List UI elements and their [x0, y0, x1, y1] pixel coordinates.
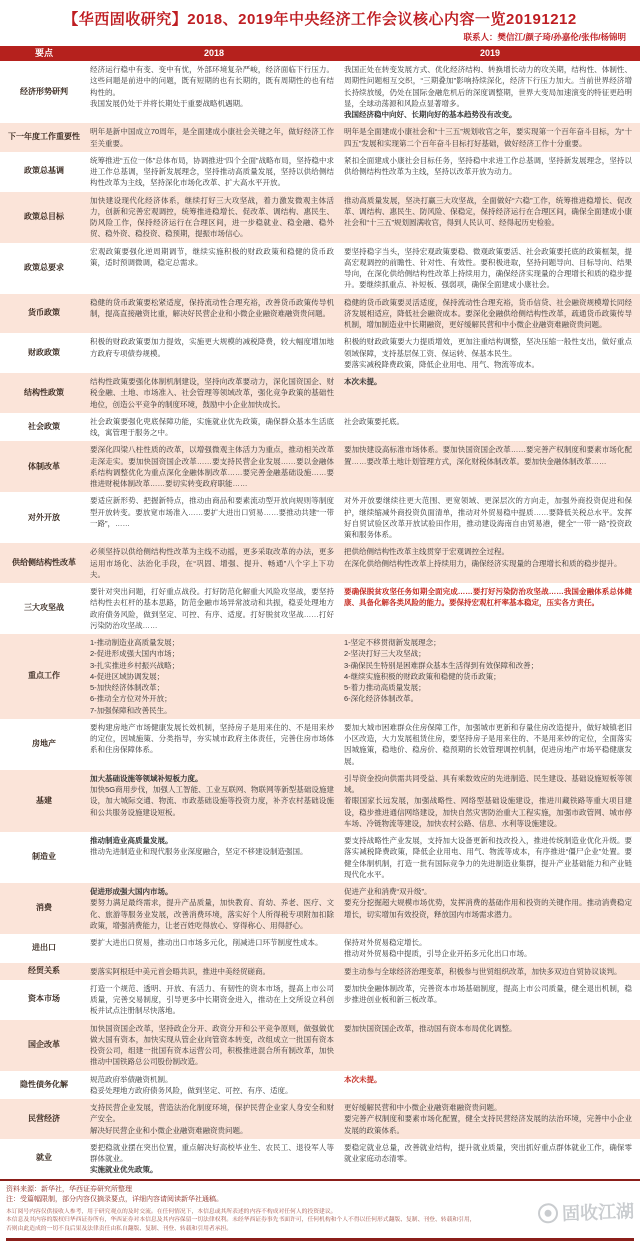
cell-paragraph: 稳妥处理地方政府债务风险，做到坚定、可控、有序、适度。 — [90, 1085, 334, 1096]
table-header-label: 要点 — [0, 46, 88, 61]
cell-c2019: 社会政策要托底。 — [340, 413, 640, 442]
cell-c2018: 1-推动制造业高质量发展；2-促进形成强大国内市场；3-扎实推进乡村振兴战略；4… — [88, 634, 340, 719]
table-body: 经济形势研判经济运行稳中有变、变中有忧，外部环境复杂严峻，经济面临下行压力。这些… — [0, 61, 640, 1181]
cell-paragraph: 结构性政策要强化体制机制建设，坚持向改革要动力，深化国资国企、财税金融、土地、市… — [90, 376, 334, 410]
table-row: 社会政策社会政策要强化兜底保障功能，实施就业优先政策，确保群众基本生活底线，寓管… — [0, 413, 640, 442]
cell-c2018: 稳健的货币政策要松紧适度，保持流动性合理充裕，改善货币政策传导机制，提高直接融资… — [88, 294, 340, 334]
cell-c2018: 社会政策要强化兜底保障功能，实施就业优先政策，确保群众基本生活底线，寓管理于服务… — [88, 413, 340, 442]
page-title: 【华西固收研究】2018、2019年中央经济工作会议核心内容一览20191212 — [0, 0, 640, 31]
cell-c2018: 宏观政策要强化逆周期调节，继续实施积极的财政政策和稳健的货币政策，适时预调微调，… — [88, 243, 340, 294]
cell-paragraph: 7-加强保障和改善民生。 — [90, 705, 334, 716]
cell-paragraph: 稳健的货币政策要松紧适度，保持流动性合理充裕，改善货币政策传导机制，提高直接融资… — [90, 297, 334, 320]
cell-paragraph: 更好缓解民营和中小微企业融资难融资贵问题。 — [344, 1102, 632, 1113]
row-label: 隐性债务化解 — [0, 1071, 88, 1100]
cell-paragraph: 统筹推进“五位一体”总体布局，协调推进“四个全面”战略布局，坚持稳中求进工作总基… — [90, 155, 334, 189]
cell-paragraph: 把供给侧结构性改革主线贯穿于宏观调控全过程。 — [344, 546, 632, 557]
cell-paragraph: 1-推动制造业高质量发展； — [90, 637, 334, 648]
cell-paragraph: 规范政府举债融资机制。 — [90, 1074, 334, 1085]
row-label: 政策总目标 — [0, 192, 88, 243]
row-label: 体制改革 — [0, 441, 88, 492]
cell-c2018: 必须坚持以供给侧结构性改革为主线不动摇，更多采取改革的办法，更多运用市场化、法治… — [88, 543, 340, 583]
cell-paragraph: 要扩大进出口贸易，推动出口市场多元化，削减进口环节制度性成本。 — [90, 937, 334, 948]
bottom-divider — [6, 1238, 634, 1241]
cell-paragraph: 加快建设现代化经济体系，继续打好三大攻坚战，着力激发微观主体活力，创新和完善宏观… — [90, 195, 334, 240]
cell-paragraph: 社会政策要托底。 — [344, 416, 632, 427]
cell-paragraph: 社会政策要强化兜底保障功能，实施就业优先政策，确保群众基本生活底线，寓管理于服务… — [90, 416, 334, 439]
table-row: 就业要把稳就业摆在突出位置，重点解决好高校毕业生、农民工、退役军人等群体就业。实… — [0, 1139, 640, 1179]
cell-paragraph: 着眼国家长远发展，加强战略性、网络型基础设施建设，推进川藏铁路等重大项目建设，稳… — [344, 795, 632, 829]
table-row: 重点工作1-推动制造业高质量发展；2-促进形成强大国内市场；3-扎实推进乡村振兴… — [0, 634, 640, 719]
cell-paragraph: 要充分挖掘超大规模市场优势，发挥消费的基础作用和投资的关键作用。推动消费稳定增长… — [344, 897, 632, 920]
table-row: 消费促进形成强大国内市场。要努力满足最终需求，提升产品质量，加快教育、育幼、养老… — [0, 883, 640, 934]
cell-paragraph: 积极的财政政策要大力提质增效，更加注重结构调整，坚决压缩一般性支出，做好重点领域… — [344, 336, 632, 359]
row-label: 结构性政策 — [0, 373, 88, 413]
table-row: 基建加大基础设施等领域补短板力度。加快5G商用步伐，加强人工智能、工业互联网、物… — [0, 770, 640, 832]
source-line: 资料来源：新华社，华西证券研究所整理 — [6, 1185, 634, 1196]
row-label: 制造业 — [0, 832, 88, 883]
watermark: 固收江湖 — [537, 1197, 635, 1226]
table-row: 货币政策稳健的货币政策要松紧适度，保持流动性合理充裕，改善货币政策传导机制，提高… — [0, 294, 640, 334]
cell-paragraph: 3-确保民生特别是困难群众基本生活得到有效保障和改善； — [344, 660, 632, 671]
cell-c2019: 要加快国资国企改革，推动国有资本布局优化调整。 — [340, 1020, 640, 1071]
cell-paragraph: 我国正处在转变发展方式、优化经济结构、转换增长动力的攻关期，结构性、体制性、周期… — [344, 64, 632, 109]
row-label: 就业 — [0, 1139, 88, 1179]
table-row: 资本市场打造一个规范、透明、开放、有活力、有韧性的资本市场，提高上市公司质量，完… — [0, 980, 640, 1020]
cell-paragraph: 要构建房地产市场健康发展长效机制，坚持房子是用来住的、不是用来炒的定位，因城施策… — [90, 722, 334, 756]
cell-c2019: 保持对外贸易稳定增长。推动对外贸易稳中提质，引导企业开拓多元化出口市场。 — [340, 934, 640, 963]
cell-paragraph: 4-促进区域协调发展； — [90, 671, 334, 682]
table-row: 制造业推动制造业高质量发展。推动先进制造业和现代服务业深度融合，坚定不移建设制造… — [0, 832, 640, 883]
table-row: 体制改革要深化四梁八柱性质的改革，以增强微观主体活力为重点，推动相关改革走深走实… — [0, 441, 640, 492]
cell-paragraph: 要支持战略性产业发展，支持加大设备更新和技改投入，推进传统制造业优化升级。要落实… — [344, 835, 632, 880]
cell-paragraph: 要稳定就业总量，改善就业结构，提升就业质量，突出抓好重点群体就业工作，确保零就业… — [344, 1142, 632, 1165]
table-row: 三大攻坚战要针对突出问题，打好重点战役。打好防范化解重大风险攻坚战，要坚持结构性… — [0, 583, 640, 634]
table-row: 对外开放要适应新形势、把握新特点，推动由商品和要素流动型开放向规则等制度型开放转… — [0, 492, 640, 543]
cell-c2019: 积极的财政政策要大力提质增效，更加注重结构调整，坚决压缩一般性支出，做好重点领域… — [340, 333, 640, 373]
table-row: 财政政策积极的财政政策要加力提效，实施更大规模的减税降费，较大幅度增加地方政府专… — [0, 333, 640, 373]
cell-paragraph: 积极的财政政策要加力提效，实施更大规模的减税降费，较大幅度增加地方政府专项债券规… — [90, 336, 334, 359]
table-row: 国企改革加快国资国企改革，坚持政企分开、政资分开和公平竞争原则，做强做优做大国有… — [0, 1020, 640, 1071]
cell-c2018: 经济运行稳中有变、变中有忧，外部环境复杂严峻，经济面临下行压力。这些问题是前进中… — [88, 61, 340, 123]
table-header: 要点 2018 2019 — [0, 46, 640, 61]
cell-paragraph: 稳健的货币政策要灵活适度，保持流动性合理充裕，货币信贷、社会融资规模增长同经济发… — [344, 297, 632, 331]
cell-paragraph: 实施就业优先政策。 — [90, 1164, 334, 1175]
cell-paragraph: 我国经济稳中向好、长期向好的基本趋势没有改变。 — [344, 109, 632, 120]
cell-paragraph: 要加快国资国企改革，推动国有资本布局优化调整。 — [344, 1023, 632, 1034]
row-label: 货币政策 — [0, 294, 88, 334]
cell-paragraph: 解决好民营企业和小微企业融资难融资贵问题。 — [90, 1125, 334, 1136]
table-header-2018: 2018 — [88, 46, 340, 61]
cell-c2019: 本次未提。 — [340, 1071, 640, 1100]
row-label: 供给侧结构性改革 — [0, 543, 88, 583]
table-row: 下一年度工作重要性明年是新中国成立70周年，是全面建成小康社会关键之年，做好经济… — [0, 123, 640, 152]
row-label: 政策总要求 — [0, 243, 88, 294]
cell-c2018: 要落实阿根廷中美元首会晤共识，推进中美经贸磋商。 — [88, 963, 340, 980]
cell-paragraph: 促进产业和消费“双升级”。 — [344, 886, 632, 897]
cell-c2018: 要适应新形势、把握新特点，推动由商品和要素流动型开放向规则等制度型开放转变。要放… — [88, 492, 340, 543]
cell-c2018: 促进形成强大国内市场。要努力满足最终需求，提升产品质量，加快教育、育幼、养老、医… — [88, 883, 340, 934]
cell-paragraph: 2-促进形成强大国内市场； — [90, 648, 334, 659]
row-label: 消费 — [0, 883, 88, 934]
cell-c2018: 要针对突出问题，打好重点战役。打好防范化解重大风险攻坚战，要坚持结构性去杠杆的基… — [88, 583, 340, 634]
cell-paragraph: 要落实减税降费政策，降低企业用电、用气、物流等成本。 — [344, 359, 632, 370]
cell-paragraph: 要适应新形势、把握新特点，推动由商品和要素流动型开放向规则等制度型开放转变。要放… — [90, 495, 334, 529]
cell-c2018: 加大基础设施等领域补短板力度。加快5G商用步伐，加强人工智能、工业互联网、物联网… — [88, 770, 340, 832]
row-label: 进出口 — [0, 934, 88, 963]
cell-c2018: 打造一个规范、透明、开放、有活力、有韧性的资本市场，提高上市公司质量，完善交易制… — [88, 980, 340, 1020]
cell-c2019: 把供给侧结构性改革主线贯穿于宏观调控全过程。在深化供给侧结构性改革上持续用力，确… — [340, 543, 640, 583]
cell-paragraph: 加快国资国企改革，坚持政企分开、政资分开和公平竞争原则，做强做优做大国有资本，加… — [90, 1023, 334, 1068]
row-label: 基建 — [0, 770, 88, 832]
cell-c2019: 我国正处在转变发展方式、优化经济结构、转换增长动力的攻关期，结构性、体制性、周期… — [340, 61, 640, 123]
table-row: 进出口要扩大进出口贸易，推动出口市场多元化，削减进口环节制度性成本。保持对外贸易… — [0, 934, 640, 963]
row-label: 经济形势研判 — [0, 61, 88, 123]
table-row: 政策总要求宏观政策要强化逆周期调节，继续实施积极的财政政策和稳健的货币政策，适时… — [0, 243, 640, 294]
cell-c2019: 明年是全面建成小康社会和“十三五”规划收官之年，要实现第一个百年奋斗目标，为“十… — [340, 123, 640, 152]
cell-paragraph: 5-加快经济体制改革； — [90, 682, 334, 693]
cell-paragraph: 要确保脱贫攻坚任务如期全面完成……要打好污染防治攻坚战……我国金融体系总体健康、… — [344, 586, 632, 609]
cell-c2019: 要支持战略性产业发展，支持加大设备更新和技改投入，推进传统制造业优化升级。要落实… — [340, 832, 640, 883]
row-label: 国企改革 — [0, 1020, 88, 1071]
cell-c2018: 推动制造业高质量发展。推动先进制造业和现代服务业深度融合，坚定不移建设制造强国。 — [88, 832, 340, 883]
cell-paragraph: 推动制造业高质量发展。 — [90, 835, 334, 846]
cell-c2018: 规范政府举债融资机制。稳妥处理地方政府债务风险，做到坚定、可控、有序、适度。 — [88, 1071, 340, 1100]
report-page: 【华西固收研究】2018、2019年中央经济工作会议核心内容一览20191212… — [0, 0, 640, 1241]
cell-paragraph: 保持对外贸易稳定增长。 — [344, 937, 632, 948]
row-label: 下一年度工作重要性 — [0, 123, 88, 152]
cell-paragraph: 要加快建设高标准市场体系。要加快国资国企改革……要完善产权制度和要素市场化配置…… — [344, 444, 632, 467]
table-row: 民营经济支持民营企业发展，营造法治化制度环境，保护民营企业家人身安全和财产安全。… — [0, 1099, 640, 1139]
cell-c2019: 要主动参与全球经济治理变革，积极参与世贸组织改革，加快多双边自贸协议谈判。 — [340, 963, 640, 980]
cell-c2019: 引导资金投向供需共同受益、具有乘数效应的先进制造、民生建设、基础设施短板等领域。… — [340, 770, 640, 832]
cell-paragraph: 要把稳就业摆在突出位置，重点解决好高校毕业生、农民工、退役军人等群体就业。 — [90, 1142, 334, 1165]
cell-c2019: 本次未提。 — [340, 373, 640, 413]
contact-line: 联系人：樊信江/颜子琦/孙嘉伦/张伟/杨锦明 — [0, 31, 640, 46]
table-row: 供给侧结构性改革必须坚持以供给侧结构性改革为主线不动摇，更多采取改革的办法，更多… — [0, 543, 640, 583]
cell-c2019: 促进产业和消费“双升级”。要充分挖掘超大规模市场优势，发挥消费的基础作用和投资的… — [340, 883, 640, 934]
cell-c2019: 稳健的货币政策要灵活适度，保持流动性合理充裕，货币信贷、社会融资规模增长同经济发… — [340, 294, 640, 334]
cell-paragraph: 促进形成强大国内市场。 — [90, 886, 334, 897]
cell-paragraph: 1-坚定不移贯彻新发展理念； — [344, 637, 632, 648]
cell-c2019: 要加快金融体制改革，完善资本市场基础制度，提高上市公司质量，健全退出机制，稳步推… — [340, 980, 640, 1020]
cell-paragraph: 引导资金投向供需共同受益、具有乘数效应的先进制造、民生建设、基础设施短板等领域。 — [344, 773, 632, 796]
cell-paragraph: 要落实阿根廷中美元首会晤共识，推进中美经贸磋商。 — [90, 966, 334, 977]
cell-paragraph: 对外开放要继续往更大范围、更宽领域、更深层次的方向走，加强外商投资促进和保护，继… — [344, 495, 632, 540]
cell-c2018: 要构建房地产市场健康发展长效机制，坚持房子是用来住的、不是用来炒的定位，因城施策… — [88, 719, 340, 770]
cell-c2019: 推动高质量发展，坚决打赢三大攻坚战，全面做好“六稳”工作，统筹推进稳增长、促改革… — [340, 192, 640, 243]
cell-paragraph: 要深化四梁八柱性质的改革，以增强微观主体活力为重点，推动相关改革走深走实。要加快… — [90, 444, 334, 489]
row-label: 资本市场 — [0, 980, 88, 1020]
cell-c2018: 要扩大进出口贸易，推动出口市场多元化，削减进口环节制度性成本。 — [88, 934, 340, 963]
cell-paragraph: 紧扣全面建成小康社会目标任务，坚持稳中求进工作总基调，坚持新发展理念，坚持以供给… — [344, 155, 632, 178]
cell-paragraph: 我国发展仍处于并将长期处于重要战略机遇期。 — [90, 98, 334, 109]
row-label: 重点工作 — [0, 634, 88, 719]
cell-c2018: 要深化四梁八柱性质的改革，以增强微观主体活力为重点，推动相关改革走深走实。要加快… — [88, 441, 340, 492]
row-label: 经贸关系 — [0, 963, 88, 980]
cell-c2019: 要确保脱贫攻坚任务如期全面完成……要打好污染防治攻坚战……我国金融体系总体健康、… — [340, 583, 640, 634]
cell-paragraph: 支持民营企业发展，营造法治化制度环境，保护民营企业家人身安全和财产安全。 — [90, 1102, 334, 1125]
row-label: 社会政策 — [0, 413, 88, 442]
table-row: 结构性政策结构性政策要强化体制机制建设，坚持向改革要动力，深化国资国企、财税金融… — [0, 373, 640, 413]
cell-paragraph: 经济运行稳中有变、变中有忧，外部环境复杂严峻，经济面临下行压力。这些问题是前进中… — [90, 64, 334, 98]
cell-paragraph: 2-坚决打好三大攻坚战； — [344, 648, 632, 659]
cell-paragraph: 要针对突出问题，打好重点战役。打好防范化解重大风险攻坚战，要坚持结构性去杠杆的基… — [90, 586, 334, 631]
cell-c2019: 更好缓解民营和中小微企业融资难融资贵问题。要完善产权制度和要素市场化配置，健全支… — [340, 1099, 640, 1139]
cell-c2018: 支持民营企业发展，营造法治化制度环境，保护民营企业家人身安全和财产安全。解决好民… — [88, 1099, 340, 1139]
cell-paragraph: 要主动参与全球经济治理变革，积极参与世贸组织改革，加快多双边自贸协议谈判。 — [344, 966, 632, 977]
table-row: 政策总目标加快建设现代化经济体系，继续打好三大攻坚战，着力激发微观主体活力，创新… — [0, 192, 640, 243]
cell-paragraph: 加大基础设施等领域补短板力度。 — [90, 773, 334, 784]
cell-c2019: 对外开放要继续往更大范围、更宽领域、更深层次的方向走，加强外商投资促进和保护，继… — [340, 492, 640, 543]
cell-paragraph: 宏观政策要强化逆周期调节，继续实施积极的财政政策和稳健的货币政策，适时预调微调，… — [90, 246, 334, 269]
seal-circle-icon — [537, 1201, 560, 1224]
row-label: 三大攻坚战 — [0, 583, 88, 634]
cell-paragraph: 要坚持稳字当头，坚持宏观政策要稳、微观政策要活、社会政策要托底的政策框架，提高宏… — [344, 246, 632, 291]
cell-paragraph: 在深化供给侧结构性改革上持续用力，确保经济实现量的合理增长和质的稳步提升。 — [344, 558, 632, 569]
cell-paragraph: 推动对外贸易稳中提质，引导企业开拓多元化出口市场。 — [344, 948, 632, 959]
cell-c2018: 结构性政策要强化体制机制建设，坚持向改革要动力，深化国资国企、财税金融、土地、市… — [88, 373, 340, 413]
cell-paragraph: 本次未提。 — [344, 376, 632, 387]
table-row: 政策总基调统筹推进“五位一体”总体布局，协调推进“四个全面”战略布局，坚持稳中求… — [0, 152, 640, 192]
row-label: 民营经济 — [0, 1099, 88, 1139]
table-row: 隐性债务化解规范政府举债融资机制。稳妥处理地方政府债务风险，做到坚定、可控、有序… — [0, 1071, 640, 1100]
table-header-2019: 2019 — [340, 46, 640, 61]
row-label: 对外开放 — [0, 492, 88, 543]
cell-c2019: 要稳定就业总量，改善就业结构，提升就业质量，突出抓好重点群体就业工作，确保零就业… — [340, 1139, 640, 1179]
cell-paragraph: 3-扎实推进乡村振兴战略； — [90, 660, 334, 671]
cell-paragraph: 本次未提。 — [344, 1074, 632, 1085]
row-label: 政策总基调 — [0, 152, 88, 192]
cell-c2018: 明年是新中国成立70周年，是全面建成小康社会关键之年，做好经济工作至关重要。 — [88, 123, 340, 152]
cell-c2018: 加快国资国企改革，坚持政企分开、政资分开和公平竞争原则，做强做优做大国有资本，加… — [88, 1020, 340, 1071]
watermark-text: 固收江湖 — [562, 1197, 635, 1225]
cell-c2018: 加快建设现代化经济体系，继续打好三大攻坚战，着力激发微观主体活力，创新和完善宏观… — [88, 192, 340, 243]
cell-c2018: 积极的财政政策要加力提效，实施更大规模的减税降费，较大幅度增加地方政府专项债券规… — [88, 333, 340, 373]
table-row: 房地产要构建房地产市场健康发展长效机制，坚持房子是用来住的、不是用来炒的定位，因… — [0, 719, 640, 770]
cell-paragraph: 4-继续实施积极的财政政策和稳健的货币政策； — [344, 671, 632, 682]
cell-c2019: 要加快建设高标准市场体系。要加快国资国企改革……要完善产权制度和要素市场化配置…… — [340, 441, 640, 492]
cell-paragraph: 推动先进制造业和现代服务业深度融合，坚定不移建设制造强国。 — [90, 846, 334, 857]
cell-c2018: 要把稳就业摆在突出位置，重点解决好高校毕业生、农民工、退役军人等群体就业。实施就… — [88, 1139, 340, 1179]
row-label: 房地产 — [0, 719, 88, 770]
cell-paragraph: 明年是全面建成小康社会和“十三五”规划收官之年，要实现第一个百年奋斗目标，为“十… — [344, 126, 632, 149]
cell-paragraph: 加快5G商用步伐，加强人工智能、工业互联网、物联网等新型基础设施建设，加大城际交… — [90, 784, 334, 818]
table-row: 经贸关系要落实阿根廷中美元首会晤共识，推进中美经贸磋商。要主动参与全球经济治理变… — [0, 963, 640, 980]
cell-paragraph: 推动高质量发展，坚决打赢三大攻坚战，全面做好“六稳”工作，统筹推进稳增长、促改革… — [344, 195, 632, 229]
cell-paragraph: 6-推动全方位对外开放； — [90, 693, 334, 704]
cell-paragraph: 要加快金融体制改革，完善资本市场基础制度，提高上市公司质量，健全退出机制，稳步推… — [344, 983, 632, 1006]
cell-paragraph: 5-着力推动高质量发展； — [344, 682, 632, 693]
cell-paragraph: 要加大城市困难群众住房保障工作，加强城市更新和存量住房改造提升，做好城镇老旧小区… — [344, 722, 632, 767]
cell-paragraph: 要努力满足最终需求，提升产品质量，加快教育、育幼、养老、医疗、文化、旅游等服务业… — [90, 897, 334, 931]
row-label: 财政政策 — [0, 333, 88, 373]
cell-paragraph: 明年是新中国成立70周年，是全面建成小康社会关键之年，做好经济工作至关重要。 — [90, 126, 334, 149]
cell-c2019: 1-坚定不移贯彻新发展理念；2-坚决打好三大攻坚战；3-确保民生特别是困难群众基… — [340, 634, 640, 719]
cell-paragraph: 要完善产权制度和要素市场化配置，健全支持民营经济发展的法治环境，完善中小企业发展… — [344, 1113, 632, 1136]
cell-c2019: 要坚持稳字当头，坚持宏观政策要稳、微观政策要活、社会政策要托底的政策框架，提高宏… — [340, 243, 640, 294]
cell-paragraph: 打造一个规范、透明、开放、有活力、有韧性的资本市场，提高上市公司质量，完善交易制… — [90, 983, 334, 1017]
cell-c2018: 统筹推进“五位一体”总体布局，协调推进“四个全面”战略布局，坚持稳中求进工作总基… — [88, 152, 340, 192]
cell-c2019: 紧扣全面建成小康社会目标任务，坚持稳中求进工作总基调，坚持新发展理念，坚持以供给… — [340, 152, 640, 192]
cell-paragraph: 6-深化经济体制改革。 — [344, 693, 632, 704]
cell-c2019: 要加大城市困难群众住房保障工作，加强城市更新和存量住房改造提升，做好城镇老旧小区… — [340, 719, 640, 770]
table-row: 经济形势研判经济运行稳中有变、变中有忧，外部环境复杂严峻，经济面临下行压力。这些… — [0, 61, 640, 123]
cell-paragraph: 必须坚持以供给侧结构性改革为主线不动摇，更多采取改革的办法，更多运用市场化、法治… — [90, 546, 334, 580]
